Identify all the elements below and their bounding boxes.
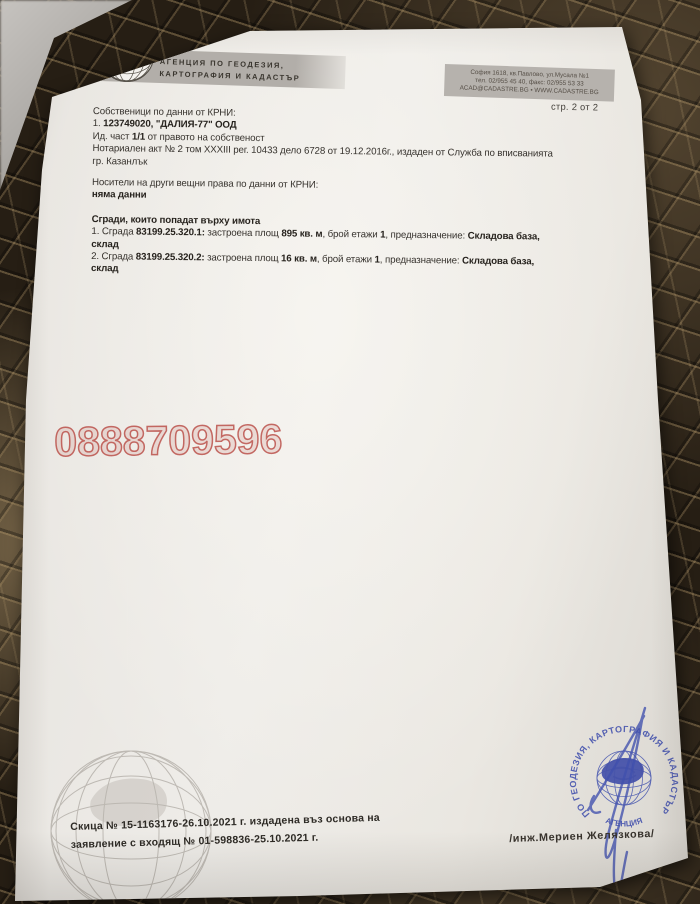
photo-background: АГЕНЦИЯ ПО ГЕОДЕЗИЯ, КАРТОГРАФИЯ И КАДАС… [0, 0, 700, 904]
address-block: София 1618, кв.Павлово, ул.Мусала №1 тел… [444, 64, 615, 102]
text-run: , предназначение: [385, 230, 467, 242]
agency-globe-logo-icon [97, 25, 157, 85]
text-run: от правото на собственост [145, 131, 265, 143]
building-area: 895 кв. м [281, 229, 322, 241]
paper-shadow-wrap: АГЕНЦИЯ ПО ГЕОДЕЗИЯ, КАРТОГРАФИЯ И КАДАС… [0, 0, 700, 904]
building-id: 83199.25.320.2: [136, 252, 205, 264]
text-run: застроена площ [204, 252, 281, 264]
text-run: Ид. част [93, 131, 132, 142]
building-purpose: Складова база, [468, 231, 540, 243]
phone-watermark: 0888709596 [54, 416, 283, 466]
building-purpose: Складова база, [462, 256, 534, 268]
text-run: , брой етажи [317, 254, 375, 266]
text-run: застроена площ [205, 228, 282, 240]
agency-name: АГЕНЦИЯ ПО ГЕОДЕЗИЯ, КАРТОГРАФИЯ И КАДАС… [159, 56, 301, 84]
owner-name: 123749020, "ДАЛИЯ-77" ООД [103, 119, 236, 132]
document-body: Собственици по данни от КРНИ: 1. 1237490… [91, 106, 638, 283]
building-id: 83199.25.320.1: [136, 227, 205, 239]
document-paper: АГЕНЦИЯ ПО ГЕОДЕЗИЯ, КАРТОГРАФИЯ И КАДАС… [0, 0, 700, 904]
official-stamp: ПО ГЕОДЕЗИЯ, КАРТОГРАФИЯ И КАДАСТЪР АГЕН… [542, 700, 700, 904]
share-value: 1/1 [132, 131, 145, 142]
text-run: 1. [93, 118, 104, 129]
text-run: 1. Сграда [91, 226, 136, 238]
text-run: 2. Сграда [91, 251, 136, 263]
text-run: , предназначение: [380, 255, 462, 267]
building-area: 16 кв. м [281, 253, 317, 264]
text-run: , брой етажи [322, 229, 380, 241]
